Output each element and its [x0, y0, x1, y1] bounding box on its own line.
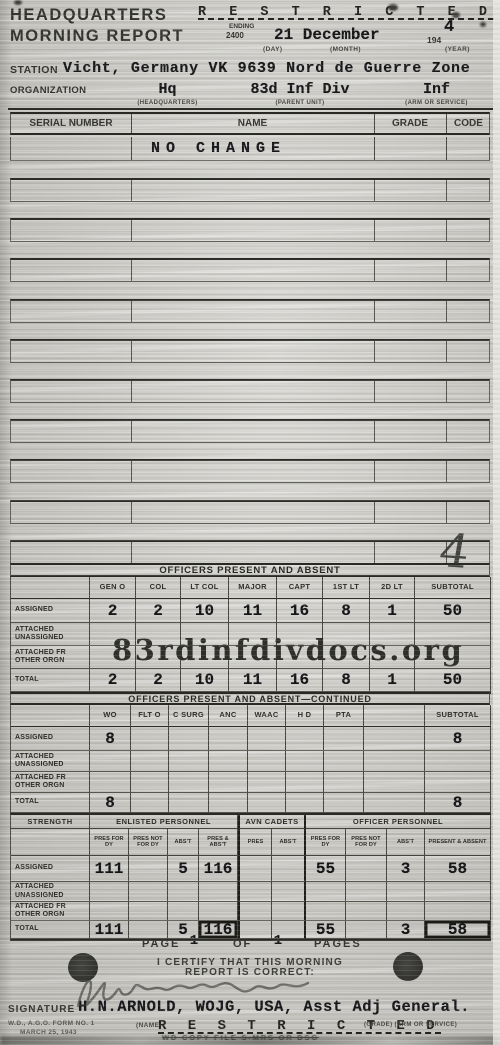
grid-cell: 8: [425, 727, 491, 751]
grid-cell: [248, 727, 286, 751]
column-divider: [446, 341, 447, 362]
roster-header-code: CODE: [446, 118, 491, 129]
org-arm-value: Inf: [380, 81, 493, 98]
organization-label: ORGANIZATION: [10, 85, 86, 96]
ending-label: ENDING: [229, 23, 254, 30]
grid-cell: [272, 882, 306, 902]
column-divider: [131, 341, 132, 362]
roster-header-name: NAME: [131, 118, 374, 129]
officers-continued-title: OFFICERS PRESENT AND ABSENT—CONTINUED: [10, 692, 490, 705]
grid-cell: [272, 902, 306, 921]
row-label: ATTACHED FR OTHER ORGN: [11, 772, 90, 793]
roster-blank-row: [10, 523, 490, 563]
stain-speck: [480, 22, 486, 27]
roster-blank-band: [10, 419, 490, 443]
year-prefix: 194: [427, 35, 441, 45]
roster-blank-band: [10, 540, 490, 564]
org-parent-caption: (PARENT UNIT): [228, 100, 372, 106]
right-edge-strip: [493, 0, 500, 1045]
column-header: PRES FOR DY: [306, 829, 346, 856]
org-unit-value: Hq: [115, 81, 220, 98]
column-header: ABS'T: [272, 829, 306, 856]
grid-cell: [129, 882, 168, 902]
morning-report-document: HEADQUARTERS MORNING REPORT R E S T R I …: [0, 0, 500, 1045]
column-header: COL: [136, 577, 181, 599]
grid-cell: 8: [90, 793, 131, 813]
no-change-entry: NO CHANGE: [151, 140, 286, 157]
org-unit-caption: (HEADQUARTERS): [115, 100, 220, 106]
column-divider: [131, 421, 132, 442]
grid-cell: [425, 882, 491, 902]
column-header: WAAC: [248, 705, 286, 727]
roster-blank-rows: [10, 161, 490, 563]
header-divider-rule-1: [8, 108, 493, 110]
year-label: (YEAR): [445, 46, 470, 53]
row-label: ASSIGNED: [11, 727, 90, 751]
group-enlisted-personnel: ENLISTED PERSONNEL: [90, 815, 238, 829]
grid-cell: 55: [306, 921, 346, 939]
grid-cell: [168, 882, 199, 902]
grid-cell: [90, 882, 129, 902]
grid-cell: 2: [90, 669, 136, 692]
column-divider: [374, 461, 375, 482]
ending-time: 2400: [226, 31, 244, 40]
punch-hole-left: [68, 953, 98, 982]
grid-cell: 1: [370, 669, 415, 692]
grid-cell: [129, 921, 168, 939]
column-divider: [131, 137, 132, 160]
grid-cell: 8: [425, 793, 491, 813]
grid-cell: [364, 751, 425, 772]
column-header: ABS'T: [387, 829, 425, 856]
grid-cell: [324, 727, 364, 751]
officers-section-title: OFFICERS PRESENT AND ABSENT: [10, 563, 490, 577]
grid-cell: 5: [168, 921, 199, 939]
grid-cell: [286, 793, 324, 813]
grid-cell: 55: [306, 856, 346, 882]
grid-cell: [169, 772, 209, 793]
corner-cell: [11, 829, 90, 856]
grid-cell: [129, 856, 168, 882]
grid-cell: 50: [415, 599, 491, 623]
strength-table: STRENGTH ENLISTED PERSONNEL AVN CADETS O…: [10, 813, 491, 941]
row-label: ATTACHED FR OTHER ORGN: [11, 646, 90, 669]
roster-blank-band: [10, 258, 490, 282]
grid-cell: [238, 902, 272, 921]
grid-cell: [131, 751, 169, 772]
grid-cell: 2: [136, 599, 181, 623]
grid-cell: 116: [199, 856, 238, 882]
strength-label: STRENGTH: [11, 815, 90, 829]
column-divider: [131, 502, 132, 523]
column-header: C SURG: [169, 705, 209, 727]
corner-cell: [11, 577, 90, 599]
column-divider: [374, 381, 375, 402]
column-header: FLT O: [131, 705, 169, 727]
column-header: ANC: [209, 705, 248, 727]
grid-cell: [199, 882, 238, 902]
roster-blank-row: [10, 483, 490, 523]
column-header: SUBTOTAL: [415, 577, 491, 599]
roster-blank-band: [10, 218, 490, 242]
column-divider: [131, 260, 132, 281]
grid-cell: [90, 751, 131, 772]
grid-cell: [90, 772, 131, 793]
station-label: STATION: [10, 64, 58, 76]
grid-cell: [90, 902, 129, 921]
roster-blank-row: [10, 322, 490, 362]
group-avn-cadets: AVN CADETS: [238, 815, 306, 829]
column-header: SUBTOTAL: [425, 705, 491, 727]
column-header: PRES NOT FOR DY: [346, 829, 387, 856]
grid-cell: [209, 751, 248, 772]
grid-cell: [272, 921, 306, 939]
row-label: TOTAL: [11, 921, 90, 939]
row-label: ATTACHED UNASSIGNED: [11, 751, 90, 772]
grid-cell: [387, 882, 425, 902]
grid-cell: [306, 902, 346, 921]
grid-cell: [168, 902, 199, 921]
column-header: PRES: [238, 829, 272, 856]
row-label: ATTACHED UNASSIGNED: [11, 623, 90, 646]
roster-header-serial: SERIAL NUMBER: [11, 118, 131, 129]
column-divider: [374, 301, 375, 322]
grid-cell: 58: [425, 856, 491, 882]
corner-cell: [11, 705, 90, 727]
grid-cell: 111: [90, 856, 129, 882]
grid-cell: [346, 921, 387, 939]
grid-cell: [324, 751, 364, 772]
grid-cell: [387, 902, 425, 921]
grade-arm-caption: (GRADE) (ARM OR SERVICE): [364, 1022, 457, 1028]
roster-blank-row: [10, 282, 490, 322]
column-header: MAJOR: [229, 577, 277, 599]
grid-cell: 16: [277, 669, 323, 692]
roster-blank-row: [10, 362, 490, 402]
grid-cell: [238, 921, 272, 939]
grid-cell: [248, 793, 286, 813]
grid-cell: [286, 727, 324, 751]
column-divider: [446, 421, 447, 442]
column-header: GEN O: [90, 577, 136, 599]
punch-hole-right: [393, 952, 423, 981]
grid-cell: 111: [90, 921, 129, 939]
grid-cell: [324, 772, 364, 793]
form-number-line2: MARCH 25, 1943: [20, 1029, 77, 1036]
roster-entry-row: NO CHANGE: [10, 137, 490, 161]
column-header: WO: [90, 705, 131, 727]
column-divider: [446, 502, 447, 523]
report-date: 21 December: [274, 26, 380, 44]
column-header: 1ST LT: [323, 577, 370, 599]
column-divider: [131, 301, 132, 322]
grid-cell: 8: [90, 727, 131, 751]
column-divider: [374, 341, 375, 362]
grid-cell: [346, 882, 387, 902]
grid-cell: [209, 727, 248, 751]
grid-cell: [248, 772, 286, 793]
grid-cell: 2: [136, 669, 181, 692]
grid-cell: [346, 902, 387, 921]
column-divider: [374, 220, 375, 241]
column-divider: [131, 220, 132, 241]
roster-blank-band: [10, 178, 490, 202]
grid-cell: [131, 793, 169, 813]
group-officer-personnel: OFFICER PERSONNEL: [306, 815, 491, 829]
form-title-line2: MORNING REPORT: [10, 27, 184, 46]
grid-cell: [364, 727, 425, 751]
grid-cell: [286, 751, 324, 772]
row-label: TOTAL: [11, 669, 90, 692]
grid-cell: [238, 882, 272, 902]
roster-blank-band: [10, 299, 490, 323]
grid-cell: 8: [323, 599, 370, 623]
roster-blank-row: [10, 201, 490, 241]
column-header: ABS'T: [168, 829, 199, 856]
month-label: (MONTH): [330, 46, 361, 53]
grid-cell: [248, 751, 286, 772]
grid-cell: 5: [168, 856, 199, 882]
grid-cell: 11: [229, 669, 277, 692]
column-divider: [131, 381, 132, 402]
column-divider: [374, 502, 375, 523]
roster-blank-band: [10, 339, 490, 363]
handwritten-signature: [70, 968, 320, 1012]
stain-speck: [388, 4, 398, 11]
column-header: PTA: [324, 705, 364, 727]
grid-cell: [169, 793, 209, 813]
column-header: 2D LT: [370, 577, 415, 599]
grid-cell: [169, 751, 209, 772]
roster-header-grade: GRADE: [374, 118, 446, 129]
grid-cell: [286, 772, 324, 793]
roster-header-band: SERIAL NUMBER NAME GRADE CODE: [10, 112, 490, 135]
column-divider: [446, 381, 447, 402]
row-label: ASSIGNED: [11, 856, 90, 882]
column-divider: [374, 180, 375, 201]
grid-cell: 16: [277, 599, 323, 623]
roster-blank-row: [10, 161, 490, 201]
org-arm-caption: (ARM OR SERVICE): [380, 100, 493, 106]
grid-cell: 50: [415, 669, 491, 692]
grid-cell: [129, 902, 168, 921]
column-divider: [446, 260, 447, 281]
roster-blank-band: [10, 500, 490, 524]
roster-blank-row: [10, 442, 490, 482]
column-divider: [446, 180, 447, 201]
grid-cell: [209, 772, 248, 793]
form-title-line1: HEADQUARTERS: [10, 6, 167, 25]
grid-cell: [199, 902, 238, 921]
row-label: ATTACHED UNASSIGNED: [11, 882, 90, 902]
column-divider: [131, 542, 132, 563]
grid-cell: [364, 793, 425, 813]
station-value: Vicht, Germany VK 9639 Nord de Guerre Zo…: [63, 60, 470, 77]
column-header: LT COL: [181, 577, 229, 599]
grid-cell: [272, 856, 306, 882]
column-header: PRESENT & ABSENT: [425, 829, 491, 856]
officers-continued-table: WOFLT OC SURGANCWAACH DPTASUBTOTALASSIGN…: [10, 705, 491, 815]
grid-cell: [364, 772, 425, 793]
grid-cell: [346, 856, 387, 882]
column-divider: [374, 260, 375, 281]
stain-speck: [452, 12, 460, 18]
grid-cell: [324, 793, 364, 813]
column-header: H D: [286, 705, 324, 727]
grid-cell: 3: [387, 921, 425, 939]
column-divider: [374, 137, 375, 160]
grid-cell: [306, 882, 346, 902]
form-number-line1: W.D., A.G.O. FORM NO. 1: [8, 1020, 95, 1027]
roster-blank-row: [10, 402, 490, 442]
column-header: PRES NOT FOR DY: [129, 829, 168, 856]
grid-cell: [209, 793, 248, 813]
year-digit: 4: [444, 18, 454, 37]
watermark-text: 83rdinfdivdocs.org: [112, 633, 464, 667]
column-divider: [374, 421, 375, 442]
row-label: ASSIGNED: [11, 599, 90, 623]
grid-cell: 116: [199, 921, 238, 939]
roster-blank-band: [10, 379, 490, 403]
grid-cell: [169, 727, 209, 751]
grid-cell: 10: [181, 599, 229, 623]
column-header: [364, 705, 425, 727]
day-label: (DAY): [263, 46, 282, 53]
grid-cell: [238, 856, 272, 882]
grid-cell: [425, 772, 491, 793]
grid-cell: 8: [323, 669, 370, 692]
grid-cell: 11: [229, 599, 277, 623]
bottom-edge-smudge: [0, 1036, 500, 1045]
column-divider: [374, 542, 375, 563]
grid-cell: [425, 902, 491, 921]
grid-cell: 1: [370, 599, 415, 623]
column-divider: [446, 461, 447, 482]
org-parent-value: 83d Inf Div: [228, 81, 372, 98]
grid-cell: 2: [90, 599, 136, 623]
grid-cell: [131, 727, 169, 751]
row-label: TOTAL: [11, 793, 90, 813]
row-label: ATTACHED FR OTHER ORGN: [11, 902, 90, 921]
column-divider: [446, 137, 447, 160]
grid-cell: [131, 772, 169, 793]
roster-blank-band: [10, 459, 490, 483]
grid-cell: 58: [425, 921, 491, 939]
grid-cell: 3: [387, 856, 425, 882]
stain-speck: [14, 0, 22, 5]
column-header: PRES & ABS'T: [199, 829, 238, 856]
column-header: CAPT: [277, 577, 323, 599]
column-header: PRES FOR DY: [90, 829, 129, 856]
column-divider: [446, 220, 447, 241]
grid-cell: 10: [181, 669, 229, 692]
grid-cell: [425, 751, 491, 772]
signature-label: SIGNATURE: [8, 1004, 75, 1015]
column-divider: [131, 180, 132, 201]
column-divider: [446, 301, 447, 322]
column-divider: [131, 461, 132, 482]
roster-blank-row: [10, 241, 490, 281]
